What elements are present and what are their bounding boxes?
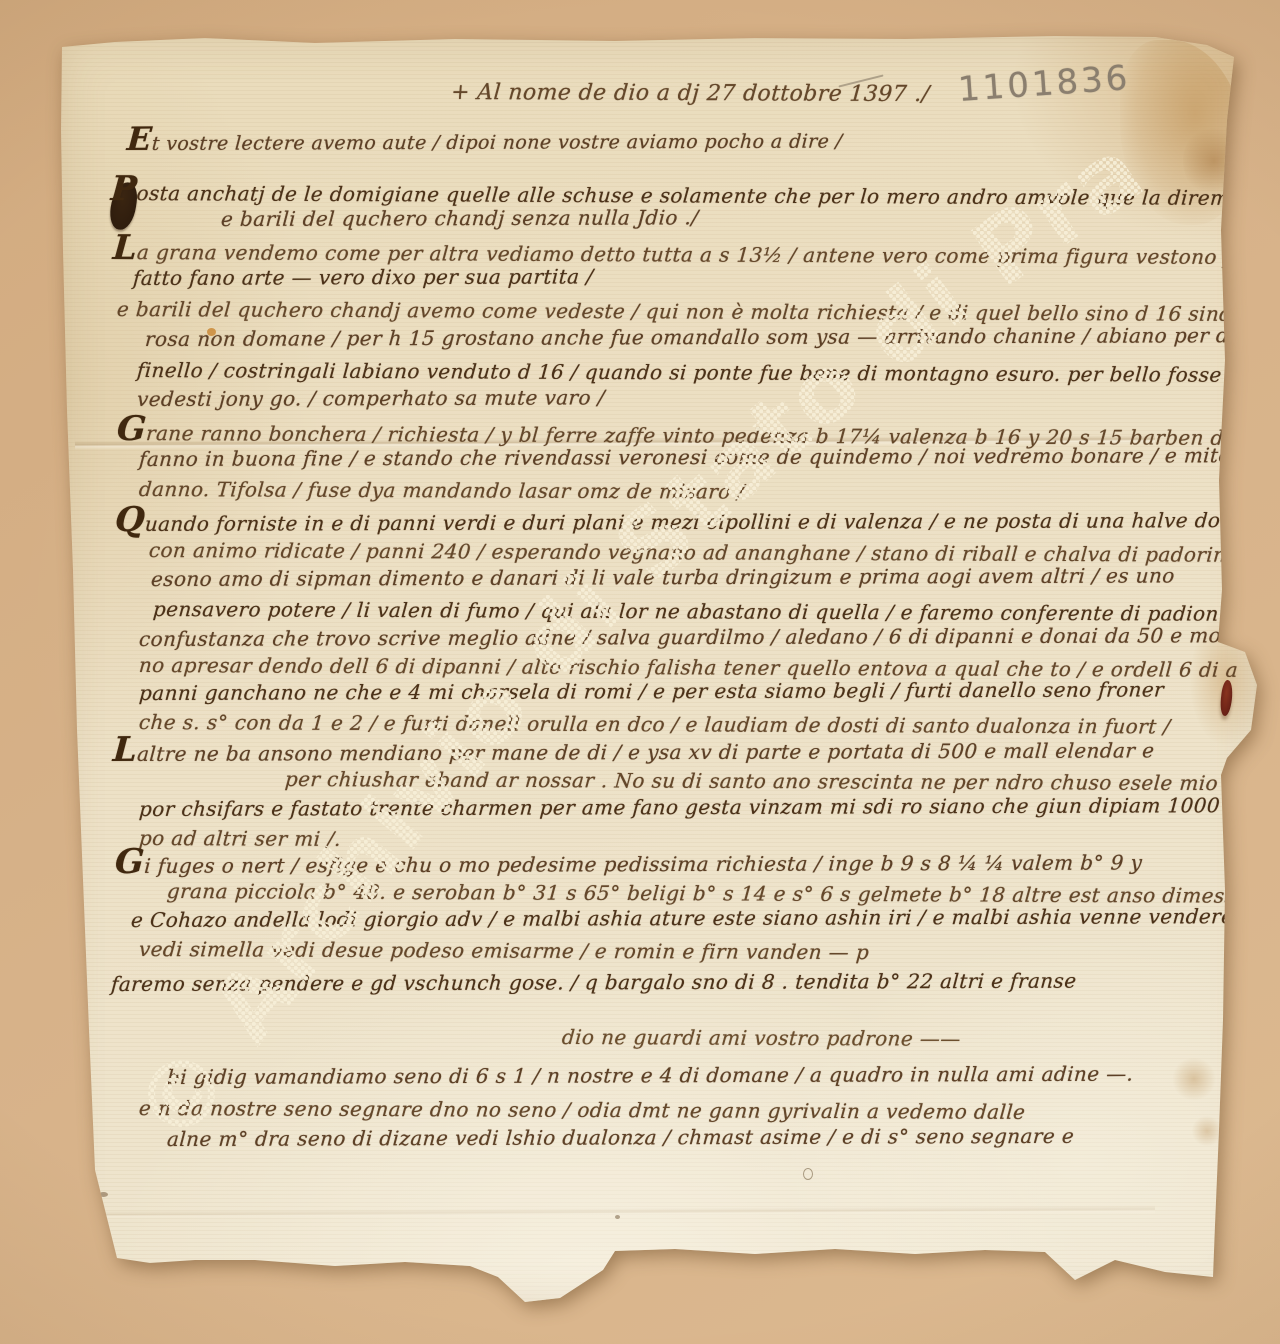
pencil-circle-mark <box>803 1168 813 1180</box>
valediction-line: dio ne guardi ami vostro padrone —— <box>561 1024 962 1052</box>
manuscript-line: Quando forniste in e di panni verdi e du… <box>114 503 1280 537</box>
manuscript-line: Gi fuges o nert / esfige e chu o mo pede… <box>114 845 1143 879</box>
fold-crease-bottom <box>95 1205 1155 1220</box>
manuscript-line: vedesti jony go. / comperhato sa mute va… <box>136 384 606 412</box>
manuscript-line: vedi simella vedi desue podeso emisarme … <box>138 936 870 965</box>
paper-speck <box>99 1192 108 1197</box>
manuscript-line: e barili del quchero chandj senza nulla … <box>220 204 699 232</box>
manuscript-line: alne m° dra seno di dizane vedi lshio du… <box>166 1123 1075 1152</box>
manuscript-line: fanno in buona fine / e stando che riven… <box>138 442 1280 472</box>
manuscript-line: por chsifars e fastato trente charmen pe… <box>138 792 1272 822</box>
paper-shadow: 1101836 + Al nome de dio a dj 27 dottobr… <box>55 30 1260 1315</box>
manuscript-line: confustanza che trovo scrive meglio adne… <box>138 622 1280 652</box>
manuscript-line: esono amo di sipman dimento e danari di … <box>150 562 1175 592</box>
manuscript-line: danno. Tifolsa / fuse dya mandando lasar… <box>138 476 746 505</box>
manuscript-line: e n da nostre seno segnare dno no seno /… <box>138 1095 1026 1125</box>
scan-stage: 1101836 + Al nome de dio a dj 27 dottobr… <box>0 0 1280 1344</box>
manuscript-line: faremo senza pendere e gd vschunch gose.… <box>110 968 1077 997</box>
paper-sheet: 1101836 + Al nome de dio a dj 27 dottobr… <box>55 30 1260 1315</box>
manuscript-line: Et vostre lectere avemo aute / dipoi non… <box>126 124 844 157</box>
manuscript-line: finello / costringali labiano venduto d … <box>136 357 1269 388</box>
bottom-right-stain <box>1191 1116 1223 1146</box>
manuscript-line: bi gidig vamandiamo seno di 6 s 1 / n no… <box>166 1061 1134 1090</box>
manuscript-line: e Cohazo andella lodi giorgio adv / e ma… <box>130 903 1234 933</box>
manuscript-line: rosa non domane / per h 15 grostano anch… <box>144 322 1276 352</box>
bottom-right-stain <box>1171 1058 1217 1100</box>
manuscript-line: fatto fano arte — vero dixo per sua part… <box>132 263 594 291</box>
pencil-archive-number: 1101836 <box>957 58 1132 110</box>
manuscript-line: panni ganchano ne che e 4 mi charsela di… <box>138 676 1165 706</box>
manuscript-line: Laltre ne ba ansono mendiano per mane de… <box>112 733 1156 767</box>
paper-speck <box>615 1215 620 1219</box>
wax-seal-remnant <box>1219 680 1234 717</box>
invocation-line: + Al nome de dio a dj 27 dottobre 1397 .… <box>450 80 931 108</box>
